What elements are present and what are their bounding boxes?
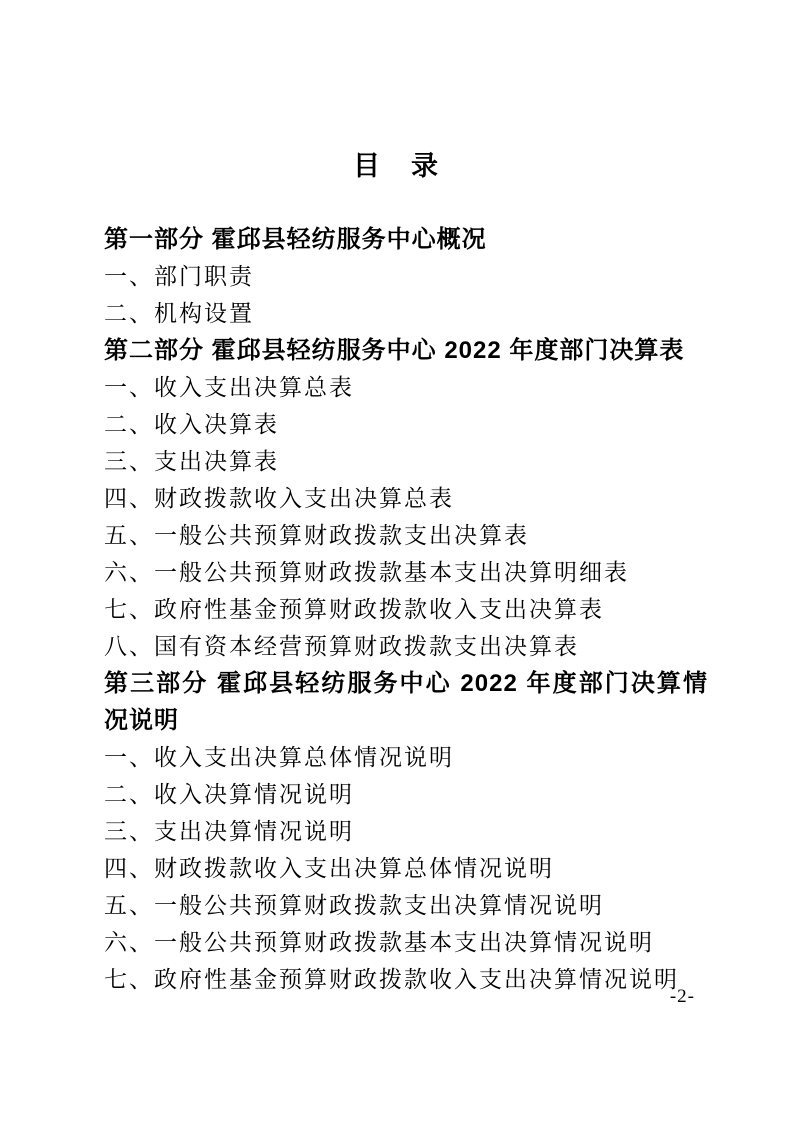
toc-item: 五、一般公共预算财政拨款支出决算情况说明 xyxy=(104,887,708,924)
toc-section-1-heading: 第一部分 霍邱县轻纺服务中心概况 xyxy=(104,221,708,258)
toc-section-2-heading: 第二部分 霍邱县轻纺服务中心 2022 年度部门决算表 xyxy=(104,332,708,369)
toc-item: 一、收入支出决算总表 xyxy=(104,369,708,406)
toc-item: 八、国有资本经营预算财政拨款支出决算表 xyxy=(104,628,708,665)
page-number: -2- xyxy=(670,986,695,1008)
toc-item: 一、部门职责 xyxy=(104,258,708,295)
toc-item: 七、政府性基金预算财政拨款收入支出决算表 xyxy=(104,591,708,628)
table-of-contents: 第一部分 霍邱县轻纺服务中心概况 一、部门职责 二、机构设置 第二部分 霍邱县轻… xyxy=(104,221,708,998)
document-page: 目 录 第一部分 霍邱县轻纺服务中心概况 一、部门职责 二、机构设置 第二部分 … xyxy=(0,0,793,1122)
toc-item: 六、一般公共预算财政拨款基本支出决算明细表 xyxy=(104,554,708,591)
toc-item: 二、机构设置 xyxy=(104,295,708,332)
toc-item: 三、支出决算表 xyxy=(104,443,708,480)
toc-item: 五、一般公共预算财政拨款支出决算表 xyxy=(104,517,708,554)
toc-item: 四、财政拨款收入支出决算总体情况说明 xyxy=(104,850,708,887)
page-title: 目 录 xyxy=(0,144,793,183)
toc-item: 四、财政拨款收入支出决算总表 xyxy=(104,480,708,517)
toc-item: 二、收入决算表 xyxy=(104,406,708,443)
toc-item: 六、一般公共预算财政拨款基本支出决算情况说明 xyxy=(104,924,708,961)
toc-item: 三、支出决算情况说明 xyxy=(104,813,708,850)
toc-item: 二、收入决算情况说明 xyxy=(104,776,708,813)
toc-section-3-heading: 第三部分 霍邱县轻纺服务中心 2022 年度部门决算情况说明 xyxy=(104,665,708,739)
toc-item: 七、政府性基金预算财政拨款收入支出决算情况说明 xyxy=(104,961,708,998)
toc-item: 一、收入支出决算总体情况说明 xyxy=(104,739,708,776)
